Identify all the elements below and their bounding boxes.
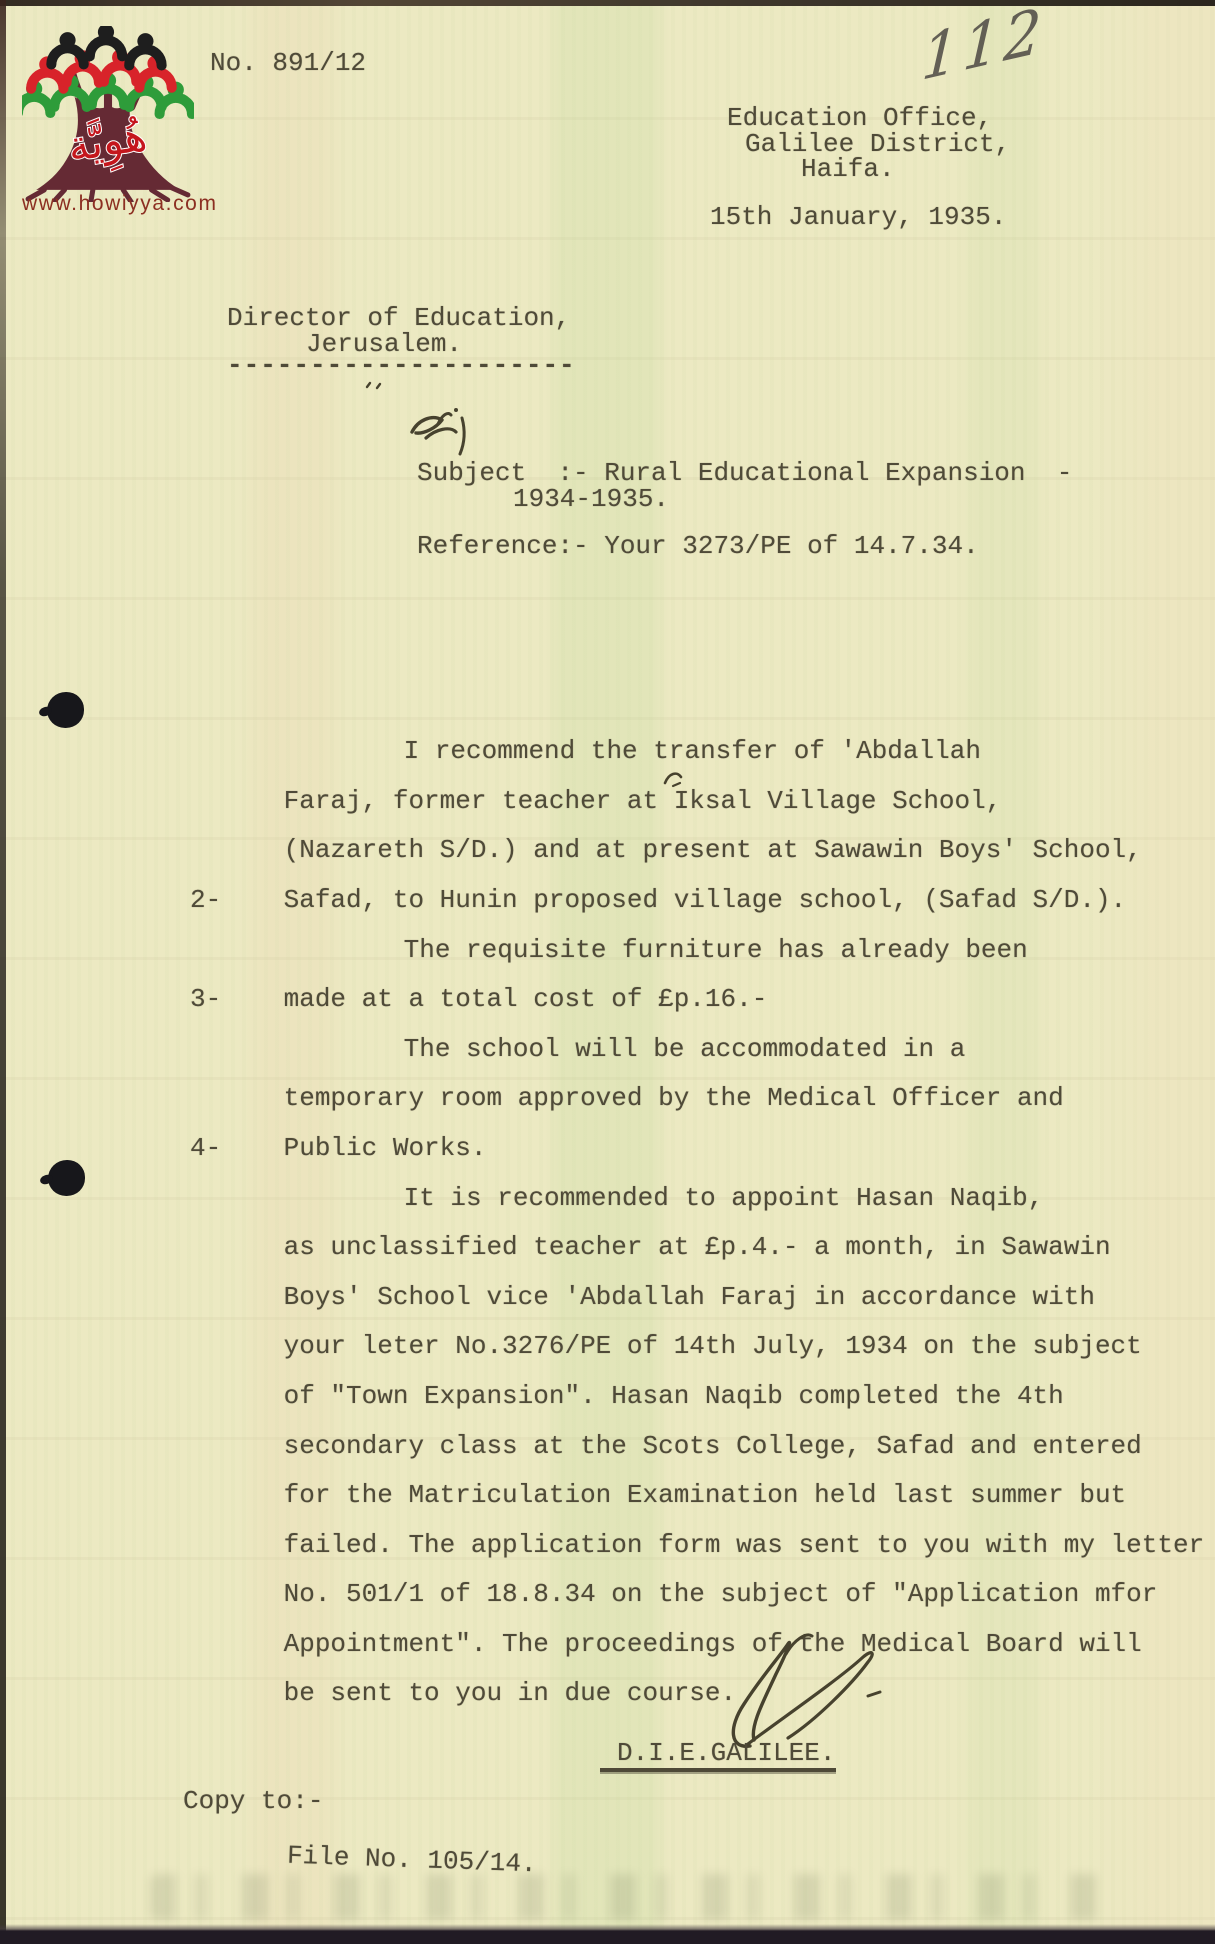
body-line: I recommend the transfer of 'Abdallah (190, 628, 1150, 678)
copy-to-label: Copy to:- (183, 1786, 323, 1816)
body-line: 2- The requisite furniture has already b… (190, 826, 1150, 876)
body-line: be sent to you in due course. (190, 1570, 1150, 1620)
body-line: 3- The school will be accommodated in a (190, 926, 1150, 976)
letter-date: 15th January, 1935. (710, 202, 1006, 232)
howiyya-tree-logo-icon: هُوِيَّة (22, 26, 194, 202)
watermark-url: www.howiyya.com (22, 192, 212, 216)
handwritten-correction-mark (660, 766, 688, 790)
body-line: as unclassified teacher at £p.4.- a mont… (190, 1124, 1150, 1174)
bleed-through-smudge (150, 1874, 1100, 1920)
handwritten-specks (362, 378, 388, 392)
scan-edge-bottom (0, 1924, 1215, 1944)
body-line: Appointment". The proceedings of the Med… (190, 1521, 1150, 1571)
reference-line: Reference:- Your 3273/PE of 14.7.34. (417, 531, 979, 561)
letter-ref-number: No. 891/12 (210, 48, 366, 78)
body-line: 4- It is recommended to appoint Hasan Na… (190, 1074, 1150, 1124)
body-line: of "Town Expansion". Hasan Naqib complet… (190, 1273, 1150, 1323)
handwritten-page-number: 112 (920, 0, 1047, 96)
body-line: made at a total cost of £p.16.- (190, 876, 1150, 926)
body-line: Public Works. (190, 1025, 1150, 1075)
signature-underline (600, 1768, 836, 1772)
body-line: secondary class at the Scots College, Sa… (190, 1322, 1150, 1372)
body-line-text: be sent to you in due course. (284, 1669, 736, 1719)
body-line: temporary room approved by the Medical O… (190, 975, 1150, 1025)
addressee-underline-dashes: --------------------- (227, 350, 576, 380)
body-line: No. 501/1 of 18.8.34 on the subject of "… (190, 1471, 1150, 1521)
hole-punch-top (47, 692, 84, 728)
body-line: your leter No.3276/PE of 14th July, 1934… (190, 1223, 1150, 1273)
scan-edge-left (0, 0, 6, 1944)
body-line: Boys' School vice 'Abdallah Faraj in acc… (190, 1174, 1150, 1224)
subject-line-2: 1934-1935. (513, 484, 669, 514)
handwritten-initials-mark (398, 402, 476, 462)
hole-punch-bottom (48, 1160, 85, 1196)
body-line: failed. The application form was sent to… (190, 1422, 1150, 1472)
signatory-title: D.I.E.GALILEE. (617, 1738, 835, 1768)
body-line: for the Matriculation Examination held l… (190, 1372, 1150, 1422)
howiyya-watermark: هُوِيَّة www.howiyya.com (22, 26, 202, 207)
scanned-letter-page: هُوِيَّة www.howiyya.com No. 891/12 112 … (0, 0, 1215, 1944)
office-line-3: Haifa. (801, 154, 895, 184)
body-line: Faraj, former teacher at Iksal Village S… (190, 678, 1150, 728)
